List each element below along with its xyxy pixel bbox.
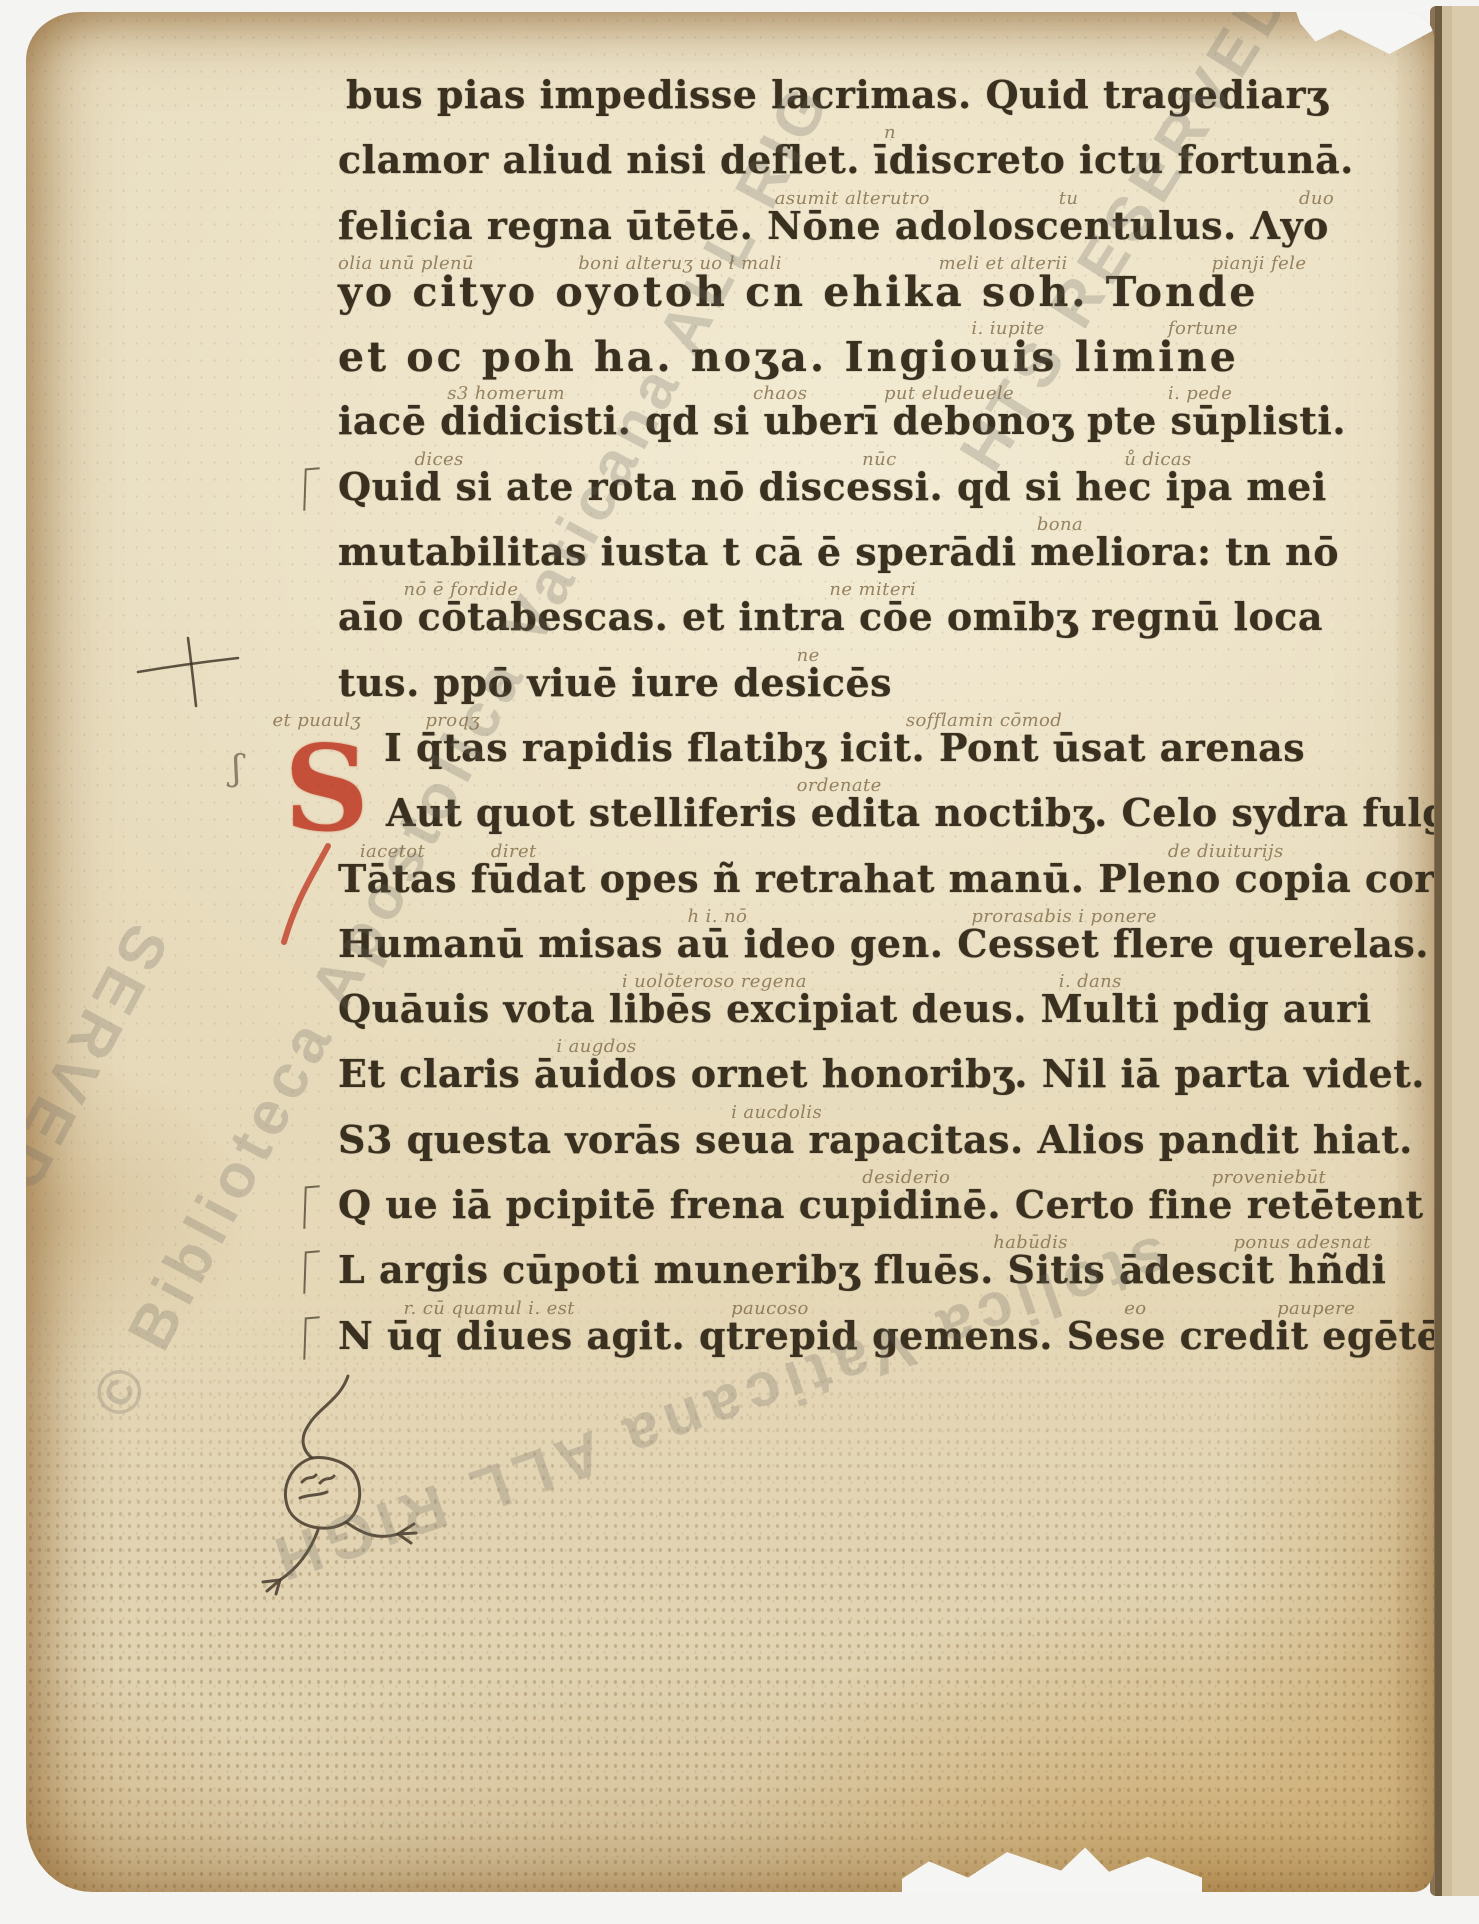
watermark-text: SERVED © [26,913,182,1275]
initial-tail-flourish [272,842,342,956]
interlinear-gloss: h i. nō [687,906,747,927]
manuscript-line: dicesnūců dicasQuid si ate rota nō disce… [338,464,1430,529]
manuscript-line: olia unū plenūboni alteruʒ uo ł malimeli… [338,268,1430,333]
interlinear-gloss: olia unū plenū [338,253,474,274]
line-text: Q ue iā pcipitē frena cupidinē. Certo fi… [338,1182,1424,1227]
interlinear-gloss: paupere [1277,1298,1355,1319]
line-text: yo cityo oyotoh cn ehika soh. Tonde [338,268,1259,316]
interlinear-gloss: chaos [753,383,807,404]
paragraph-mark [303,467,319,511]
line-text: aīo cōtabescas. et intra cōe omībʒ regnū… [338,594,1323,639]
line-text: tus. ppō viuē iure desicēs [338,660,892,705]
line-text: Humanū misas aū ideo gen. Cesset flere q… [338,921,1429,966]
interlinear-gloss: i. dans [1059,971,1122,992]
interlinear-gloss: bona [1037,514,1083,535]
manuscript-line: i augdosEt claris āuidos ornet honoribʒ.… [338,1051,1430,1116]
line-text: mutabilitas iusta t cā ē sperādi meliora… [338,529,1339,574]
interlinear-gloss: fortune [1168,318,1238,339]
interlinear-gloss: diret [491,841,537,862]
manuscript-line: iacetotdiretde diuiturijsTātas fūdat ope… [338,856,1430,921]
interlinear-gloss: i uolōteroso regena [622,971,807,992]
margin-hook-mark: ʃ [230,748,244,790]
interlinear-gloss: pianji fele [1212,253,1307,274]
interlinear-gloss: et puaulʒ [272,710,361,731]
interlinear-gloss: eo [1124,1298,1146,1319]
line-text: Quāuis vota libēs excipiat deus. Multi p… [338,986,1372,1031]
line-text: N ūq diues agit. qtrepid gemens. Sese cr… [338,1313,1434,1358]
interlinear-gloss: ponus adesnat [1233,1232,1370,1253]
line-text: S3 questa vorās seua rapacitas. Alios pa… [338,1117,1413,1162]
interlinear-gloss: i aucdolis [731,1102,822,1123]
interlinear-gloss: n [884,122,896,143]
interlinear-gloss: i augdos [556,1036,636,1057]
manuscript-line: r. cū quamul i. estpaucosoeopaupereN ūq … [338,1313,1430,1378]
text-block: bus pias impedisse lacrimas. Quid traged… [338,72,1430,1378]
manuscript-line: et puaulʒproqʒsofflamin cōmodI q̄tas rap… [338,725,1430,790]
line-text: Et claris āuidos ornet honoribʒ. Nil iā … [338,1051,1425,1096]
interlinear-gloss: put eludeuele [884,383,1014,404]
interlinear-gloss: ne miteri [829,579,916,600]
manuscript-line: h i. nōprorasabis i ponereHumanū misas a… [338,921,1430,986]
paragraph-mark [303,1251,319,1295]
line-text: Aut quot stelliferis edita noctibʒ. Celo… [386,790,1434,835]
interlinear-gloss: proveniebūt [1212,1167,1327,1188]
interlinear-gloss: i. iupite [971,318,1044,339]
interlinear-gloss: prorasabis i ponere [971,906,1156,927]
manuscript-line: nō ē fordidene miteriaīo cōtabescas. et … [338,594,1430,659]
interlinear-gloss: meli et alterii [939,253,1068,274]
line-text: clamor aliud nisi deflet. īdiscreto ictu… [338,137,1354,182]
torn-edge-bottom [902,1837,1202,1892]
interlinear-gloss: tu [1059,188,1079,209]
manuscript-scan: ʃ S bus pias impedisse lacrimas. Quid tr… [0,0,1479,1924]
interlinear-gloss: i. pede [1168,383,1232,404]
interlinear-gloss: proqʒ [425,710,480,731]
line-text: L argis cūpoti muneribʒ fluēs. Sitis āde… [338,1247,1386,1292]
interlinear-gloss: nūc [862,449,896,470]
parchment-page: ʃ S bus pias impedisse lacrimas. Quid tr… [26,12,1434,1892]
line-text: iacē didicisti. qd si uberī debonoʒ pte … [338,398,1346,443]
line-text: felicia regna ūtētē. Nōne adoloscentulus… [338,203,1329,248]
margin-cross-mark [130,628,250,722]
interlinear-gloss: de diuiturijs [1168,841,1284,862]
interlinear-gloss: s3 homerum [447,383,565,404]
line-text: Quid si ate rota nō discessi. qd si hec … [338,464,1327,509]
line-text: Tātas fūdat opes ñ retrahat manū. Pleno … [338,856,1434,901]
interlinear-gloss: nō ē fordide [404,579,519,600]
interlinear-gloss: duo [1299,188,1334,209]
interlinear-gloss: r. cū quamul i. est [404,1298,575,1319]
interlinear-gloss: asumit alterutro [775,188,930,209]
adjacent-page-edge [1430,6,1479,1896]
interlinear-gloss: habūdis [993,1232,1068,1253]
interlinear-gloss: dices [414,449,463,470]
interlinear-gloss: ordenate [797,775,882,796]
interlinear-gloss: iacetot [360,841,425,862]
interlinear-gloss: ů dicas [1124,449,1191,470]
manuscript-line: i uolōteroso regenai. dansQuāuis vota li… [338,986,1430,1051]
interlinear-gloss: boni alteruʒ uo ł mali [578,253,782,274]
line-text: bus pias impedisse lacrimas. Quid traged… [346,72,1328,117]
manuscript-line: netus. ppō viuē iure desicēs [338,660,1430,725]
paragraph-mark [303,1316,319,1360]
paragraph-mark [303,1185,319,1229]
line-text: I q̄tas rapidis flatibʒ icit. Pont ūsat … [384,725,1305,770]
line-text: et oc poh ha. noʒa. Ingiouis limine [338,333,1239,381]
marginal-doodle-figure [252,1374,452,1603]
interlinear-gloss: desiderio [862,1167,950,1188]
interlinear-gloss: ne [797,645,820,666]
interlinear-gloss: sofflamin cōmod [906,710,1062,731]
torn-edge-top-right [1294,12,1434,54]
interlinear-gloss: paucoso [731,1298,809,1319]
